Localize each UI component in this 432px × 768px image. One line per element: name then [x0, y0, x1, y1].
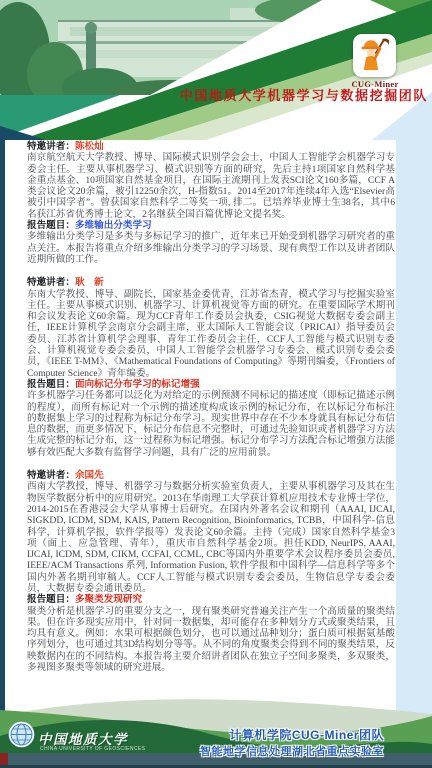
topic-label: 报告题目：	[27, 379, 75, 390]
speaker-line: 特邀讲者：余国先	[27, 470, 395, 481]
university-name-cn: 中国地质大学	[38, 728, 128, 748]
speaker-section-geng: 特邀讲者：耿 新 东南大学教授、博导、副院长，国家基金委优青，江苏省杰青，模式学…	[27, 277, 395, 458]
topic-title: 多聚类发现研究	[75, 594, 142, 605]
header-banner: CUG-Miner 中国地质大学机器学习与数据挖掘团队	[0, 0, 432, 140]
speaker-section-chen: 特邀讲者：陈松灿 南京航空航天大学教授、博导、国际模式识别学会会士，中国人工智能…	[27, 141, 395, 265]
topic-line: 报告题目：多聚类发现研究	[27, 594, 395, 605]
speaker-line: 特邀讲者：陈松灿	[27, 141, 395, 152]
footer-banner: 中国地质大学 CHINA UNIVERSITY OF GEOSCIENCES 计…	[0, 690, 432, 768]
speaker-line: 特邀讲者：耿 新	[27, 277, 395, 288]
speaker-name: 耿 新	[75, 277, 104, 288]
topic-abstract: 聚类分析是机器学习的重要分支之一，现有聚类研究普遍关注产生一个高质量的聚类结果。…	[27, 606, 395, 674]
topic-label: 报告题目：	[27, 594, 75, 605]
university-logo	[8, 721, 35, 748]
university-name-en: CHINA UNIVERSITY OF GEOSCIENCES	[40, 746, 145, 752]
miner-icon	[353, 34, 389, 70]
speaker-name: 余国先	[75, 470, 104, 481]
footer-team-line1: 计算机学院CUG-Miner团队	[229, 726, 384, 743]
speaker-label: 特邀讲者：	[27, 141, 75, 152]
topic-title: 面向标记分布学习的标记增强	[75, 379, 200, 390]
speaker-bio: 南京航空航天大学教授、博导、国际模式识别学会会士，中国人工智能学会机器学习专委会…	[27, 152, 395, 220]
speaker-section-yu: 特邀讲者：余国先 西南大学教授，博导、机器学习与数据分析实验室负责人，主要从事机…	[27, 470, 395, 673]
right-accent-strip	[396, 124, 432, 754]
globe-icon	[8, 721, 35, 748]
topic-line: 报告题目：多维输出分类学习	[27, 220, 395, 231]
speaker-label: 特邀讲者：	[27, 277, 75, 288]
speaker-name: 陈松灿	[75, 141, 104, 152]
speaker-label: 特邀讲者：	[27, 470, 75, 481]
left-accent-strip	[0, 128, 5, 768]
topic-abstract: 许多机器学习任务都可以泛化为对给定的示例预测不同标记的描述度（即标记描述示例的程…	[27, 390, 395, 458]
topic-title: 多维输出分类学习	[75, 220, 152, 231]
page-title: 中国地质大学机器学习与数据挖掘团队	[180, 85, 428, 104]
content-area: 特邀讲者：陈松灿 南京航空航天大学教授、博导、国际模式识别学会会士，中国人工智能…	[27, 141, 395, 673]
poster: CUG-Miner 中国地质大学机器学习与数据挖掘团队 特邀讲者：陈松灿 南京航…	[0, 0, 432, 768]
footer-team-line2: 智能地学信息处理湖北省重点实验室	[200, 743, 384, 759]
topic-line: 报告题目：面向标记分布学习的标记增强	[27, 379, 395, 390]
speaker-bio: 东南大学教授、博导、副院长，国家基金委优青，江苏省杰青，模式学习与挖掘实验室主任…	[27, 289, 395, 379]
cug-miner-logo	[353, 34, 396, 77]
topic-label: 报告题目：	[27, 220, 75, 231]
topic-abstract: 多维输出分类学习是多类与多标记学习的推广，近年来已开始受到机器学习研究者的重点关…	[27, 231, 395, 265]
speaker-bio: 西南大学教授，博导、机器学习与数据分析实验室负责人，主要从事机器学习及其在生物医…	[27, 481, 395, 594]
